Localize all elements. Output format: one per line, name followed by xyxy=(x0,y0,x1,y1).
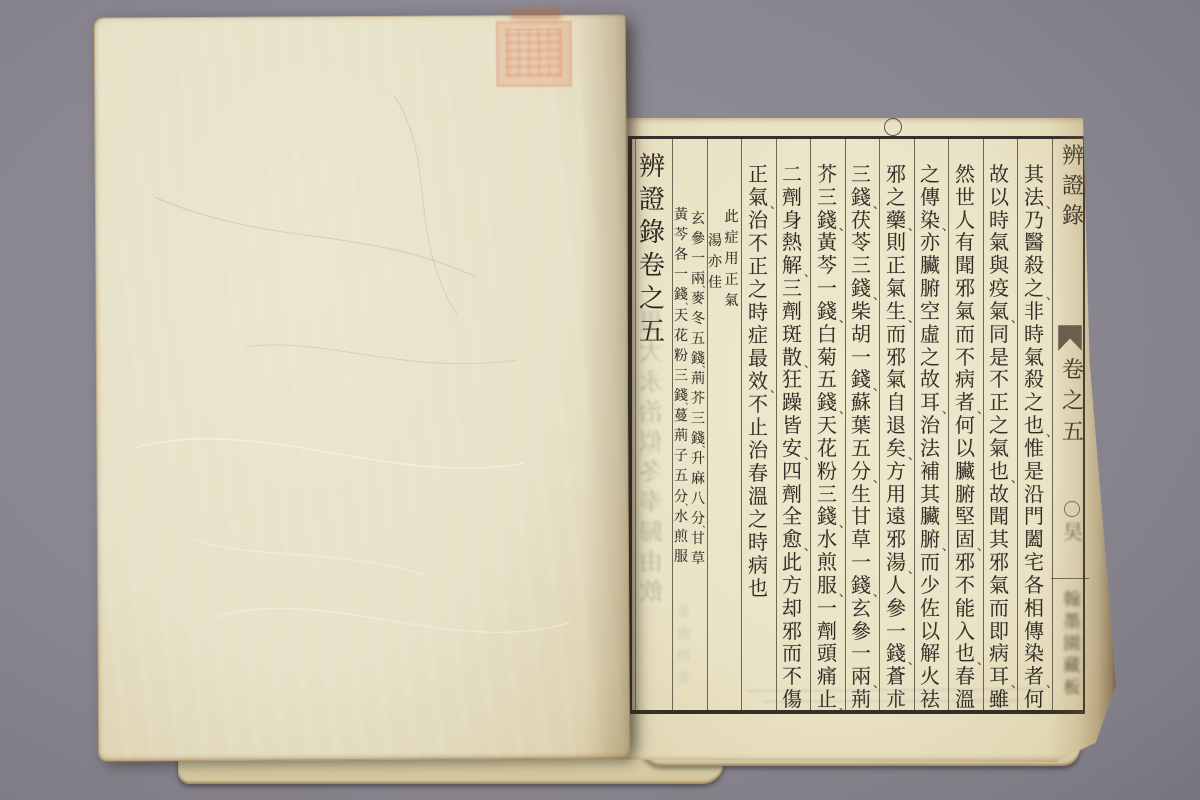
text-column-1: 其法、乃醫殺之、非時氣殺之也、惟是沿門闔宅各相傳染者、何 xyxy=(1017,163,1051,711)
left-page-gutter-crease xyxy=(580,14,631,758)
text-column-9: 正氣、治不正之時症最效、不止治春溫之時病也 xyxy=(741,163,775,711)
text-column-3: 然世人有聞邪氣而不病者、何以臟腑堅固、邪不能入也、春溫 xyxy=(948,163,982,711)
showthrough-ghost-text-2: 並由治安 xyxy=(676,601,692,701)
text-column-4: 之傳染、亦臟腑空虛之故耳、治法補其臟腑、而少佐以解火祛 xyxy=(913,163,947,711)
text-column-7: 芥三錢、黃芩一錢、白菊五錢、天花粉三錢、水煎服、一劑頭痛止、 xyxy=(810,163,844,711)
text-frame-border: 其法、乃醫殺之、非時氣殺之也、惟是沿門闔宅各相傳染者、何 故以時氣與疫氣、同是不… xyxy=(628,136,1085,714)
photo-scene: 其法、乃醫殺之、非時氣殺之也、惟是沿門闔宅各相傳染者、何 故以時氣與疫氣、同是不… xyxy=(0,0,1200,800)
text-column-6: 三錢、茯苓三錢、柴胡一錢、蘇葉五分、生甘草一錢、玄參一兩、荊 xyxy=(844,163,878,711)
reader-circle-mark xyxy=(884,118,902,136)
prescription-line2: 黃芩各一錢、天花粉三錢、蔓荊子五分、水煎服 xyxy=(673,205,689,567)
prescription-line1: 玄參一兩、麥冬五錢、荊芥三錢、升麻八分、甘草 xyxy=(690,209,706,569)
page-fold-edge xyxy=(1048,118,1116,762)
inline-note-line2: 湯亦佳 xyxy=(707,231,723,311)
text-column-8: 二劑身熱解、三劑斑散、狂躁皆安、四劑全愈、此方却邪而不傷 xyxy=(775,163,809,711)
inline-note-line1: 此症用正氣 xyxy=(723,207,740,327)
left-page-blank xyxy=(94,14,631,761)
text-column-5: 邪之藥、則正氣生、而邪氣自退矣、方用遠邪湯、人參一錢、蒼朮 xyxy=(879,163,913,711)
text-column-2: 故以時氣與疫氣、同是不正之氣也、故聞其邪氣而即病耳、雖 xyxy=(982,163,1016,711)
showthrough-ghost-text: 里大永治似冬奉歸由飲 xyxy=(634,307,668,707)
paper-fiber-overlay xyxy=(94,14,631,761)
right-page: 其法、乃醫殺之、非時氣殺之也、惟是沿門闔宅各相傳染者、何 故以時氣與疫氣、同是不… xyxy=(608,118,1116,762)
